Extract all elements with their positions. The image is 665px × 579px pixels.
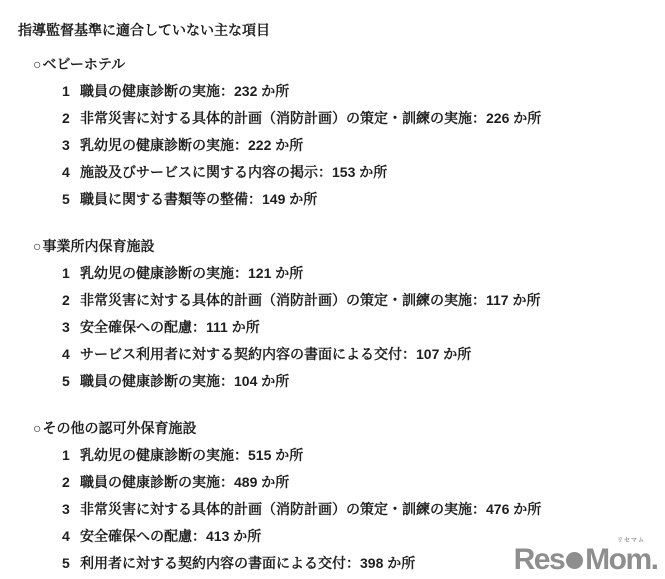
item-text: 利用者に対する契約内容の書面による交付：398 か所: [80, 550, 415, 577]
item-text: 職員の健康診断の実施：104 か所: [80, 368, 289, 395]
item-number: 1: [62, 260, 80, 287]
item-number: 3: [62, 132, 80, 159]
page-title: 指導監督基準に適合していない主な項目: [18, 22, 665, 38]
section-heading: ○事業所内保育施設: [33, 233, 665, 260]
list-item: 1職員の健康診断の実施：232 か所: [62, 78, 665, 105]
list-item: 4施設及びサービスに関する内容の掲示：153 か所: [62, 159, 665, 186]
section-title: 事業所内保育施設: [42, 238, 154, 254]
list-item: 4サービス利用者に対する契約内容の書面による交付：107 か所: [62, 341, 665, 368]
item-number: 4: [62, 341, 80, 368]
list-item: 2職員の健康診断の実施：489 か所: [62, 469, 665, 496]
item-number: 2: [62, 469, 80, 496]
item-text: 安全確保への配慮：111 か所: [80, 314, 260, 341]
list-item: 2非常災害に対する具体的計画（消防計画）の策定・訓練の実施：226 か所: [62, 105, 665, 132]
item-text: 非常災害に対する具体的計画（消防計画）の策定・訓練の実施：117 か所: [80, 287, 540, 314]
resemom-logo: リセマム ReseMom.: [514, 538, 659, 575]
item-number: 2: [62, 287, 80, 314]
item-text: 非常災害に対する具体的計画（消防計画）の策定・訓練の実施：226 か所: [80, 105, 541, 132]
item-text: 安全確保への配慮：413 か所: [80, 523, 261, 550]
item-text: 施設及びサービスに関する内容の掲示：153 か所: [80, 159, 387, 186]
list-item: 3非常災害に対する具体的計画（消防計画）の策定・訓練の実施：476 か所: [62, 496, 665, 523]
item-number: 3: [62, 496, 80, 523]
item-number: 3: [62, 314, 80, 341]
section-title: その他の認可外保育施設: [42, 420, 196, 436]
item-number: 1: [62, 78, 80, 105]
item-text: 乳幼児の健康診断の実施：515 か所: [80, 442, 303, 469]
item-text: 職員の健康診断の実施：489 か所: [80, 469, 289, 496]
list-item: 2非常災害に対する具体的計画（消防計画）の策定・訓練の実施：117 か所: [62, 287, 665, 314]
section-heading: ○ベビーホテル: [33, 51, 665, 78]
section-workplace-daycare: ○事業所内保育施設 1乳幼児の健康診断の実施：121 か所 2非常災害に対する具…: [18, 233, 665, 395]
section-baby-hotel: ○ベビーホテル 1職員の健康診断の実施：232 か所 2非常災害に対する具体的計…: [18, 51, 665, 213]
circle-marker: ○: [33, 420, 41, 436]
logo-circle-e-icon: e: [566, 552, 583, 569]
item-text: サービス利用者に対する契約内容の書面による交付：107 か所: [80, 341, 471, 368]
list-item: 1乳幼児の健康診断の実施：121 か所: [62, 260, 665, 287]
circle-marker: ○: [33, 56, 41, 72]
item-list: 1乳幼児の健康診断の実施：121 か所 2非常災害に対する具体的計画（消防計画）…: [18, 260, 665, 395]
list-item: 1乳幼児の健康診断の実施：515 か所: [62, 442, 665, 469]
list-item: 3安全確保への配慮：111 か所: [62, 314, 665, 341]
item-text: 乳幼児の健康診断の実施：121 か所: [80, 260, 303, 287]
section-title: ベビーホテル: [42, 56, 125, 72]
item-number: 4: [62, 159, 80, 186]
logo-text-res: Res: [514, 543, 565, 576]
logo-wordmark: ReseMom.: [514, 543, 659, 576]
document-page: 指導監督基準に適合していない主な項目 ○ベビーホテル 1職員の健康診断の実施：2…: [0, 0, 665, 579]
item-text: 職員に関する書類等の整備：149 か所: [80, 186, 317, 213]
item-text: 職員の健康診断の実施：232 か所: [80, 78, 289, 105]
logo-period: .: [651, 543, 659, 576]
item-number: 1: [62, 442, 80, 469]
list-item: 3乳幼児の健康診断の実施：222 か所: [62, 132, 665, 159]
item-number: 5: [62, 550, 80, 577]
circle-marker: ○: [33, 238, 41, 254]
item-number: 4: [62, 523, 80, 550]
item-number: 2: [62, 105, 80, 132]
item-list: 1職員の健康診断の実施：232 か所 2非常災害に対する具体的計画（消防計画）の…: [18, 78, 665, 213]
item-text: 非常災害に対する具体的計画（消防計画）の策定・訓練の実施：476 か所: [80, 496, 541, 523]
item-text: 乳幼児の健康診断の実施：222 か所: [80, 132, 303, 159]
logo-text-mom: Mom: [585, 543, 651, 576]
item-number: 5: [62, 186, 80, 213]
list-item: 5職員に関する書類等の整備：149 か所: [62, 186, 665, 213]
list-item: 5職員の健康診断の実施：104 か所: [62, 368, 665, 395]
section-heading: ○その他の認可外保育施設: [33, 415, 665, 442]
item-number: 5: [62, 368, 80, 395]
